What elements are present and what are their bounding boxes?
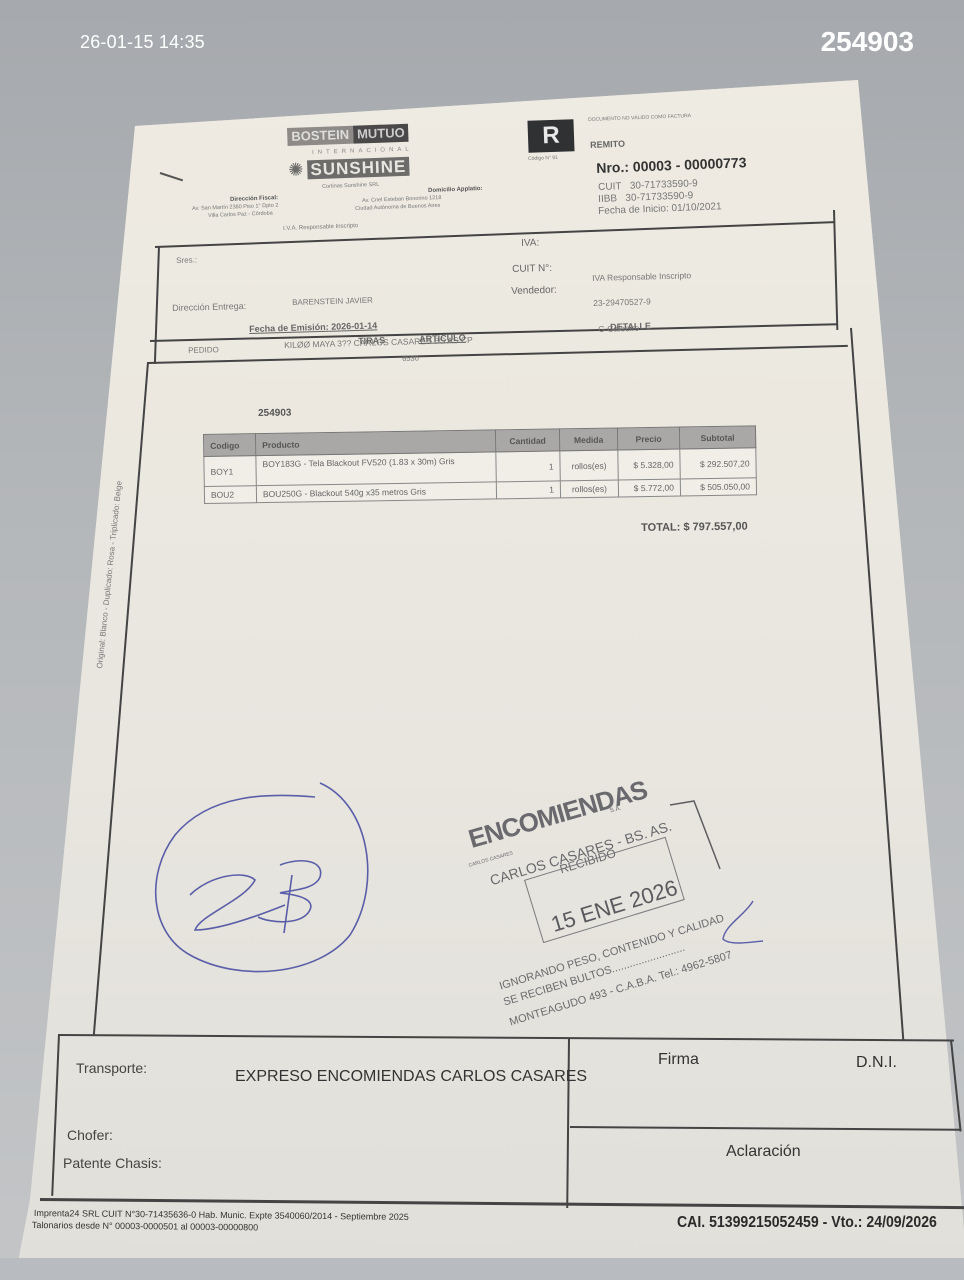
emission-date-value: 2026-01-14 xyxy=(331,320,377,331)
client-name-label: Sres.: xyxy=(176,255,197,265)
svg-text:ZB: ZB xyxy=(270,974,272,976)
plate-label: Patente Chasis: xyxy=(63,1155,162,1171)
pen-signature-stroke xyxy=(695,895,765,955)
order-reference: 254903 xyxy=(258,408,292,419)
document-code: Código N° 91 xyxy=(528,155,558,162)
column-header-cantidad: Cantidad xyxy=(495,429,559,452)
order-overlay-tiras: TIRAS xyxy=(358,335,385,346)
cell-precio: $ 5.772,00 xyxy=(618,479,680,497)
items-table: Codigo Producto Cantidad Medida Precio S… xyxy=(203,425,757,504)
iibb-label: IIBB xyxy=(598,193,617,205)
cell-codigo: BOU2 xyxy=(204,486,256,504)
clarification-field-label: Aclaración xyxy=(726,1143,801,1161)
column-header-medida: Medida xyxy=(559,428,617,451)
logo-text-a: BOSTEIN xyxy=(287,126,353,146)
start-date-value: 01/10/2021 xyxy=(671,201,721,214)
document-letter-box: R xyxy=(527,119,574,153)
cell-producto: BOU250G - Blackout 540g x35 metros Gris xyxy=(256,482,496,503)
order-label: PEDIDO xyxy=(188,345,219,355)
cell-precio: $ 5.328,00 xyxy=(618,449,680,480)
cell-medida: rollos(es) xyxy=(560,450,618,481)
photo-timestamp: 26-01-15 14:35 xyxy=(80,32,205,53)
transport-value: EXPRESO ENCOMIENDAS CARLOS CASARES xyxy=(235,1068,587,1086)
signature-field-label: Firma xyxy=(658,1051,699,1069)
seller-label: Vendedor: xyxy=(511,285,557,297)
paper-shading xyxy=(0,0,964,1280)
handwritten-circle-mark: ZB xyxy=(150,765,390,985)
logo-text-b: MUTUO xyxy=(353,124,409,144)
desk-surface xyxy=(0,1258,964,1280)
order-postal: 6530 xyxy=(402,354,419,363)
document-type: REMITO xyxy=(590,139,625,150)
cell-subtotal: $ 292.507,20 xyxy=(680,448,756,479)
total-row: TOTAL: $ 797.557,00 xyxy=(641,521,748,534)
cuit-label: CUIT xyxy=(598,181,622,193)
sun-icon: ✺ xyxy=(288,159,304,181)
delivery-label: Dirección Entrega: xyxy=(172,301,246,313)
brand-logo: ✺ SUNSHINE xyxy=(288,156,410,181)
iva-label: IVA: xyxy=(521,237,539,249)
cell-codigo: BOY1 xyxy=(204,456,256,487)
brand-name: SUNSHINE xyxy=(307,157,409,180)
transport-label: Transporte: xyxy=(76,1060,147,1076)
column-header-precio: Precio xyxy=(617,427,679,450)
cell-medida: rollos(es) xyxy=(560,480,618,498)
client-cuit-label: CUIT N°: xyxy=(512,263,552,275)
cell-subtotal: $ 505.050,00 xyxy=(680,478,756,496)
total-label: TOTAL: xyxy=(641,521,680,534)
column-header-codigo: Codigo xyxy=(204,434,256,457)
column-header-subtotal: Subtotal xyxy=(679,426,755,449)
order-overlay-articulo: ARTICULO xyxy=(419,333,466,344)
total-value: $ 797.557,00 xyxy=(683,521,747,534)
cell-cantidad: 1 xyxy=(496,451,560,482)
cell-producto: BOY183G - Tela Blackout FV520 (1.83 x 30… xyxy=(256,452,496,486)
cell-cantidad: 1 xyxy=(496,481,560,499)
photo-reference-number: 254903 xyxy=(821,26,914,58)
driver-label: Chofer: xyxy=(67,1127,113,1143)
dni-field-label: D.N.I. xyxy=(856,1054,897,1072)
client-cuit-value: 23-29470527-9 xyxy=(593,296,651,308)
detail-label: DETALLE xyxy=(610,321,651,332)
document-number-label: Nro.: xyxy=(596,159,629,176)
cai-number: CAI. 51399215052459 - Vto.: 24/09/2026 xyxy=(677,1214,937,1232)
stamp-corner-mark xyxy=(660,795,740,875)
